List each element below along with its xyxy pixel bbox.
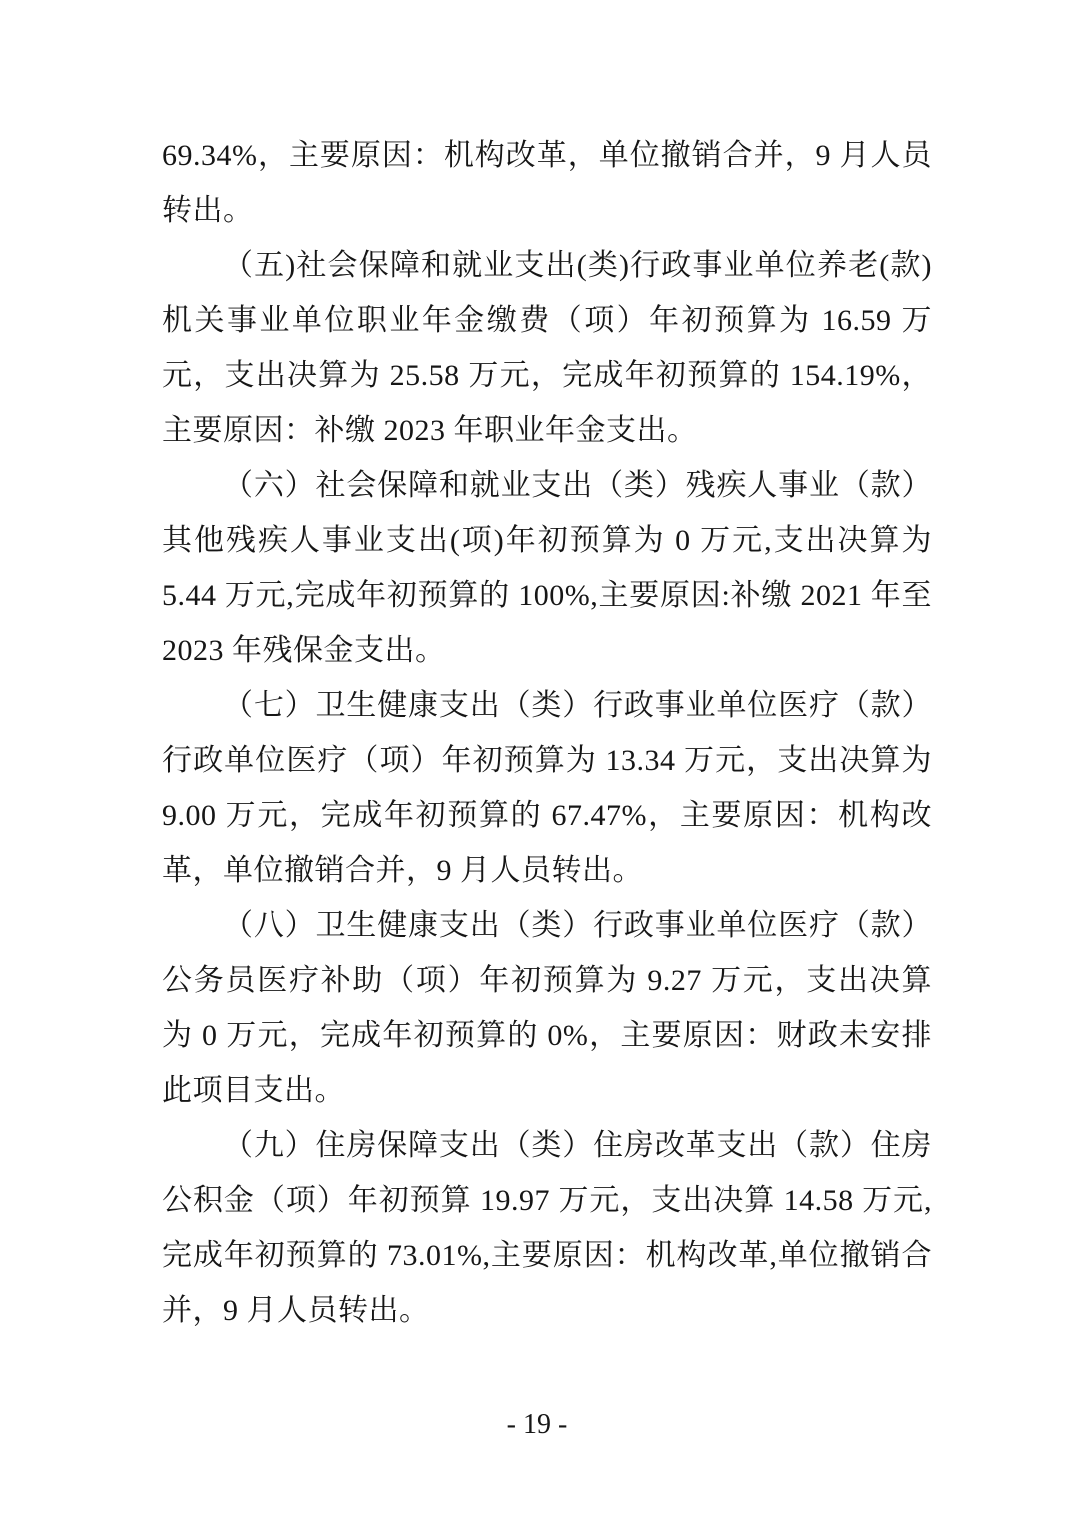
paragraph: （九）住房保障支出（类）住房改革支出（款）住房公积金（项）年初预算 19.97 … [162, 1118, 932, 1338]
paragraph: （八）卫生健康支出（类）行政事业单位医疗（款）公务员医疗补助（项）年初预算为 9… [162, 898, 932, 1118]
paragraph: （七）卫生健康支出（类）行政事业单位医疗（款）行政单位医疗（项）年初预算为 13… [162, 678, 932, 898]
document-page: 69.34%，主要原因：机构改革，单位撤销合并，9 月人员转出。（五)社会保障和… [0, 0, 1074, 1520]
paragraph: （五)社会保障和就业支出(类)行政事业单位养老(款)机关事业单位职业年金缴费（项… [162, 238, 932, 458]
paragraph: 69.34%，主要原因：机构改革，单位撤销合并，9 月人员转出。 [162, 128, 932, 238]
paragraph: （六）社会保障和就业支出（类）残疾人事业（款）其他残疾人事业支出(项)年初预算为… [162, 458, 932, 678]
document-body: 69.34%，主要原因：机构改革，单位撤销合并，9 月人员转出。（五)社会保障和… [162, 128, 932, 1338]
page-number: - 19 - [0, 1405, 1074, 1445]
